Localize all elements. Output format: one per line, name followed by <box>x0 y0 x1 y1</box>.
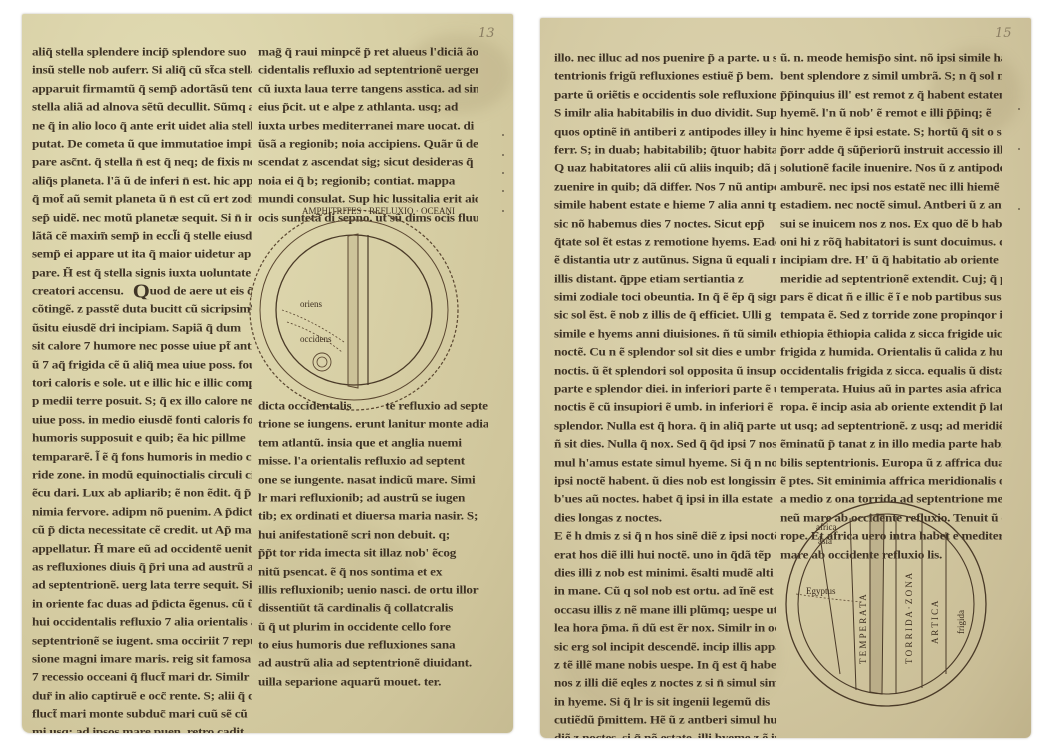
text-line: stella aliã ad alnova sẽtũ decullit. Sũm… <box>32 99 252 116</box>
text-line: hinc hyeme ẽ ipsi estate. S; hortũ q̃ si… <box>780 124 1002 141</box>
text-line: ẽcu dari. Lux ab apliarib; ẽ non ẽdit. q… <box>32 485 252 502</box>
text-line: uiue poss. in medio eiusdẽ fonti caloris… <box>32 412 252 429</box>
text-line: dicta occidentaliste refluxio ad septen <box>258 398 488 415</box>
text-line: quos optinẽ in̄ antiberi z antipodes ill… <box>554 124 776 141</box>
text-line: apparuit firmamtũ q̃ semp̃ adortãsũ tend… <box>32 81 252 98</box>
diagram-label-artica: A R T I C A <box>930 600 940 644</box>
text-line: ride zone. in modũ equinoctialis circuli… <box>32 467 252 484</box>
text-fragment: dicta occidentalis <box>258 399 351 413</box>
folio-number: 15 <box>995 26 1012 41</box>
text-line: p̃p̃t tor rida imecta sit illaz nob' ẽco… <box>258 545 488 562</box>
text-line: p̃p̃inquius ill' est remot z q̃ habent e… <box>780 87 1002 104</box>
text-line: incipiam dre. H' ũ q̃ habitatio ab orien… <box>780 252 1002 269</box>
text-line: as refluxiones diuis q̃ p̃ri una ad aust… <box>32 559 252 576</box>
text-line: cũ iuxta laua terre tangens asstica. ad … <box>258 81 478 98</box>
text-line: in oriente fac duas ad p̃dicta ẽgenus. c… <box>32 596 252 613</box>
diagram-label-africa: africa <box>816 522 836 532</box>
zone-line <box>850 518 856 690</box>
text-line: in hyeme. Si q̃ lr is sit ingenii legemũ… <box>554 694 776 711</box>
text-line: ne q̃ in alio loco q̃ ante erit uidet al… <box>32 118 252 135</box>
text-line: tempata ẽ. Sed z torride zone propinqor … <box>780 307 1002 324</box>
text-line: sit calore 7 humore nec posse uiue pt̃ a… <box>32 338 252 355</box>
text-line: misse. l'a orientalis refluxio ad septen… <box>258 453 488 470</box>
text-line: pare. H̃ est q̃ stella signis iuxta uolu… <box>32 265 252 282</box>
text-line: b'ues aũ noctes. habet q̃ ipsi in illa e… <box>554 491 776 508</box>
text-line: iuxta urbes mediterranei mare uocat. di <box>258 118 478 135</box>
text-line: E ẽ h dmis z si q̃ n hos sinẽ diẽ z ipsi… <box>554 528 776 545</box>
text-line: cutiẽdũ p̃mittem. Hẽ ũ z antberi simul h… <box>554 712 776 729</box>
text-line: diẽ z noctes. si q̃ nõ estate. illi hyem… <box>554 730 776 738</box>
text-line: cidentalis refluxio ad septentrionẽ uerg… <box>258 62 478 79</box>
text-line: illo. nec illuc ad nos puenire p̃ a part… <box>554 50 776 67</box>
text-line: septentrionẽ se iugent. sma occiriit 7 r… <box>32 633 252 650</box>
text-line: sione magni imare maris. reig sit famosa… <box>32 651 252 668</box>
text-line: to eius humoris due refluxiones sana <box>258 637 488 654</box>
prick-mark <box>1018 148 1020 150</box>
text-line: occidentalis frigida z sicca. equalis ũ … <box>780 363 1002 380</box>
text-line: ipsi noctẽ habent. ũ dies nob est longis… <box>554 473 776 490</box>
prick-mark <box>502 210 504 212</box>
diagram-label-torrida: T O R R I D A · Z O N A <box>904 572 914 664</box>
prick-mark <box>502 190 504 192</box>
text-line: dur̃ in alio captiruẽ e occ̃ rente. S; a… <box>32 688 252 705</box>
prick-mark <box>502 134 504 136</box>
text-line-with-initial: creatori accensu. Quod de aere ut eis q̃… <box>32 283 252 300</box>
manuscript-page-left: 13 aliq̃ stella splendere incip̃ splendo… <box>22 14 513 733</box>
text-line: illis distant. q̃ppe etiam sertiantia z <box>554 271 776 288</box>
text-line: nimia fervore. adipm nõ puenim. A p̃dict… <box>32 504 252 521</box>
sea-whorl <box>317 357 327 367</box>
text-line: ũsitu eiusdẽ dri incipiam. Sapiã q̃ dum <box>32 320 252 337</box>
text-line: splendor. Nulla est q̃ hora. q̃ in aliq̃… <box>554 418 776 435</box>
illuminated-initial: Q <box>133 283 150 300</box>
text-line: tempararẽ. l̃ ẽ q̃ fons humoris in medio… <box>32 449 252 466</box>
text-line: mul h'amus estate simul hyeme. Si q̃ n n… <box>554 455 776 472</box>
text-line: ad septentrionẽ. uerg lata terre sequit.… <box>32 577 252 594</box>
text-line: aliq̃s planeta. l'ã ũ de inferi n̄ est. … <box>32 173 252 190</box>
right-page-column-1: illo. nec illuc ad nos puenire p̃ a part… <box>554 50 776 738</box>
text-line: S imilr alia habitabilis in duo dividit.… <box>554 105 776 122</box>
text-line: uilla separione aquarũ mouet. ter. <box>258 674 488 691</box>
text-line: sic erg sol incipit descendẽ. incip illi… <box>554 639 776 656</box>
zonal-world-map-diagram-right: africa asia Egyptus T E M P E R A T A T … <box>778 494 998 714</box>
diagram-inscription: AMPHITRITES · REFLUXIO · OCEANI <box>302 206 455 216</box>
text-line: pare asc̃nt. q̃ stella n̄ est q̃ neq; de… <box>32 154 252 171</box>
text-line: lea hora p̃ma. ñ dũ est ẽr nox. Similr i… <box>554 620 776 637</box>
diagram-label-temperata: T E M P E R A T A <box>858 594 868 664</box>
text-line: uod de aere ut eis q̃ mer <box>150 284 252 298</box>
text-line: noctis ẽ cũ insupiori ẽ umb. in inferior… <box>554 399 776 416</box>
text-line: z tẽ illẽ mane nobis uespe. In q̃ est q̃… <box>554 657 776 674</box>
text-line: zuenire in quib; dã differ. Nos 7 nũ ant… <box>554 179 776 196</box>
text-line: bilis septentrionis. Europa ũ z affrica … <box>780 455 1002 472</box>
outer-ocean-circle <box>786 502 986 706</box>
zone-line <box>820 536 840 674</box>
text-line: solutionẽ facile inuenire. Nos ũ z antip… <box>780 160 1002 177</box>
text-line: ñ sit dies. Nulla q̃ nox. Sed q̃ q̃d ips… <box>554 436 776 453</box>
text-line: Q uaz habitatores alii cũ aliis inquib; … <box>554 160 776 177</box>
text-line: ũ. n. meode hemisp̃o sint. nõ ipsi simil… <box>780 50 1002 67</box>
text-line: illis refluxionib; uenio nasci. de ortu … <box>258 582 488 599</box>
text-line: frigida z humida. Orientalis ũ calida z … <box>780 344 1002 361</box>
text-line: scendat z ascendat sig; sicut desideras … <box>258 154 478 171</box>
text-line: lãtã cẽ maxim̃ semp̃ in eccl̃i q̃ stelle… <box>32 228 252 245</box>
text-line: tori caloris e sole. ut e illic hic e il… <box>32 375 252 392</box>
text-line: hyemẽ. l'n ũ nob' ẽ remot e illi p̃p̃inq… <box>780 105 1002 122</box>
prick-mark <box>502 172 504 174</box>
text-line: ropa. ẽ incip asia ab oriente extendit p… <box>780 399 1002 416</box>
text-line: temperata. Huius aũ in partes asia afric… <box>780 381 1002 398</box>
prick-mark <box>1018 208 1020 210</box>
torrid-zone-ocean-band <box>870 515 884 694</box>
text-line: nos z illi diẽ eqles z noctes z si n̄ si… <box>554 675 776 692</box>
text-line: semp̃ ei appare ut ita q̃ maior uidetur … <box>32 246 252 263</box>
text-line: noctẽ. Cu n ẽ splendor sol sit dies e um… <box>554 344 776 361</box>
text-line: tib; ex ordinati et diuersa maria nasir.… <box>258 508 488 525</box>
diagram-label-asia: asia <box>818 536 832 546</box>
text-line: ũsã a regionib; noia accipiens. Quãr ũ d… <box>258 136 478 153</box>
text-line: mag̃ q̃ raui minpcẽ p̃ ret alueus l'dici… <box>258 44 478 61</box>
text-line: eius p̃cit. ut e alpe z athlanta. usq; a… <box>258 99 478 116</box>
text-line: fluct̃ mari monte subduc̃ mari cuũ sẽ cũ <box>32 706 252 723</box>
text-line: trione se iungens. erunt lanitur monte a… <box>258 416 488 433</box>
text-line: simi zodiale toci obeuntia. In q̃ ẽ ẽp q… <box>554 289 776 306</box>
text-line: noia ei q̃ b; regionib; contiat. mappa <box>258 173 478 190</box>
text-line: ẽminatũ p̃ tanat z in illo media parte h… <box>780 436 1002 453</box>
text-line: q̃tate sol ẽt estas z remotione hyems. E… <box>554 234 776 251</box>
text-line: amburẽ. nec ipsi nos estatẽ nec illi hie… <box>780 179 1002 196</box>
text-line: ad austrũ alia ad septentrionẽ diuidant. <box>258 655 488 672</box>
text-line: one se iungente. nasat indicũ mare. Simi <box>258 472 488 489</box>
text-line: cõtingẽ. z passtẽ duta bucitt cũ sicrips… <box>32 301 252 318</box>
text-line: aliq̃ stella splendere incip̃ splendore … <box>32 44 252 61</box>
zonal-world-map-diagram: AMPHITRITES · REFLUXIO · OCEANI oriens o… <box>242 202 472 417</box>
text-line: meridie ad septentrionẽ extendit. Cuj; q… <box>780 271 1002 288</box>
text-line: ferr. S; in duab; habitabilib; q̃tuor ha… <box>554 142 776 159</box>
text-line: hui anifestationẽ scri non debuit. q; <box>258 527 488 544</box>
text-line: tentrionis frigũ refluxiones estiuẽ p̃ b… <box>554 68 776 85</box>
equatorial-ocean-band <box>348 234 358 388</box>
left-page-column-2-lower: dicta occidentaliste refluxio ad septen … <box>258 398 488 692</box>
text-line: oni hi z rõq̃ habitatori is sunt docuimu… <box>780 234 1002 251</box>
text-line: parte ũ oriẽtis e occidentis sole reflux… <box>554 87 776 104</box>
text-line: putat. De cometa ũ que immutatioe impii … <box>32 136 252 153</box>
text-line: appellatur. H̃ mare eũ ad occidentẽ ueni… <box>32 541 252 558</box>
prick-mark <box>1018 108 1020 110</box>
right-page-column-2: ũ. n. meode hemisp̃o sint. nõ ipsi simil… <box>780 50 1002 565</box>
left-page-column-1: aliq̃ stella splendere incip̃ splendore … <box>32 44 252 733</box>
text-line: simile habent estate e hieme 7 alia anni… <box>554 197 776 214</box>
text-line: noctis. ũ ẽt splendori sol opposita ũ in… <box>554 363 776 380</box>
text-line: erat hos diẽ illi hui noctẽ. uno in q̃dã… <box>554 547 776 564</box>
text-fragment: te refluxio ad septen <box>385 399 488 413</box>
text-line: mi usq; ad ipsos mare puen. retro cadit. <box>32 724 252 733</box>
diagram-label: occidens <box>300 334 332 344</box>
text-line: insũ stelle nob auferr. Si aliq̃ cũ st̃c… <box>32 62 252 79</box>
text-line: pars ẽ dicat ñ e illic ẽ ĩ e nob partibu… <box>780 289 1002 306</box>
text-line: sui se inuicem nos z nos. Ex quo dẽ b ha… <box>780 216 1002 233</box>
text-line: nitũ psencat. ẽ q̃ nos sontima et ex <box>258 564 488 581</box>
text-line: sic sol ẽst. ẽ nob z illis de q̃ efficie… <box>554 307 776 324</box>
text-line: hui occidentalis refluxio 7 alia orienta… <box>32 614 252 631</box>
text-line: ethiopia ẽthiopia calida z sicca frigide… <box>780 326 1002 343</box>
text-line: in mane. Cũ q sol nob est ortu. ad ĩnẽ e… <box>554 583 776 600</box>
text-line: ũ q̃ ut plurim in occidente cello fore <box>258 619 488 636</box>
text-line: dies longas z noctes. <box>554 510 776 527</box>
text-line: tem atlantũ. insia que et anglia nuemi <box>258 435 488 452</box>
text-line: occasu illis z nẽ mane illi plũmq; uespe… <box>554 602 776 619</box>
text-line: p medii terre posuit. S; q̃ ex illo calo… <box>32 393 252 410</box>
text-line: cũ p̃ dicta necessitate cẽ credit. ut Ap… <box>32 522 252 539</box>
prick-mark <box>502 154 504 156</box>
diagram-label: oriens <box>300 299 322 309</box>
text-line: humoris supposuit e quib; ẽa hic pillme <box>32 430 252 447</box>
text-line: ũ 7 aq̃ frigida cẽ ũ aliq̃ mea uiue poss… <box>32 357 252 374</box>
text-line: q̃ mot̃ aũ semit planeta ũ n̄ est cũ ert… <box>32 191 252 208</box>
folio-number: 13 <box>478 26 495 41</box>
text-line: simile e hyems anni diuisiones. ñ tũ sim… <box>554 326 776 343</box>
text-line: lr mari refluxionib; ad austrũ se iugen <box>258 490 488 507</box>
diagram-label-egyptus: Egyptus <box>806 586 836 596</box>
text-line: estadiem. nec noctẽ simul. Antberi ũ z a… <box>780 197 1002 214</box>
text-line: sep̃ uidẽ. nec motũ planetæ sequit. Si n… <box>32 210 252 227</box>
text-line: ẽ ptes. Sit eminimia affrica meridionali… <box>780 473 1002 490</box>
text-line: p̃orr adde q̃ sũp̃eriorũ instruit access… <box>780 142 1002 159</box>
text-line: ut usq; ad septentrionẽ. z usq; ad merid… <box>780 418 1002 435</box>
text-line: parte e splendor diei. in inferiori part… <box>554 381 776 398</box>
text-line: sic nõ habemus dies 7 noctes. Sicut epp̃ <box>554 216 776 233</box>
diagram-label-frigida: frigida <box>956 610 966 634</box>
text-line: bent splendore z simil umbrã. S; n q̃ so… <box>780 68 1002 85</box>
text-line: ẽ distantia utr z autũnus. Signa ũ equal… <box>554 252 776 269</box>
sea-whorl <box>313 353 331 371</box>
left-page-column-2: mag̃ q̃ raui minpcẽ p̃ ret alueus l'dici… <box>258 44 478 228</box>
text-line: creatori accensu. <box>32 284 124 298</box>
text-line: dies illi z nob est minimi. ẽsalti mudẽ … <box>554 565 776 582</box>
text-line: 7 recessio occeani q̃ fluct̃ mari dr. Si… <box>32 669 252 686</box>
manuscript-page-right: 15 illo. nec illuc ad nos puenire p̃ a p… <box>540 18 1031 738</box>
text-line: dissentiũt tã cardinalis q̃ collatcralis <box>258 600 488 617</box>
